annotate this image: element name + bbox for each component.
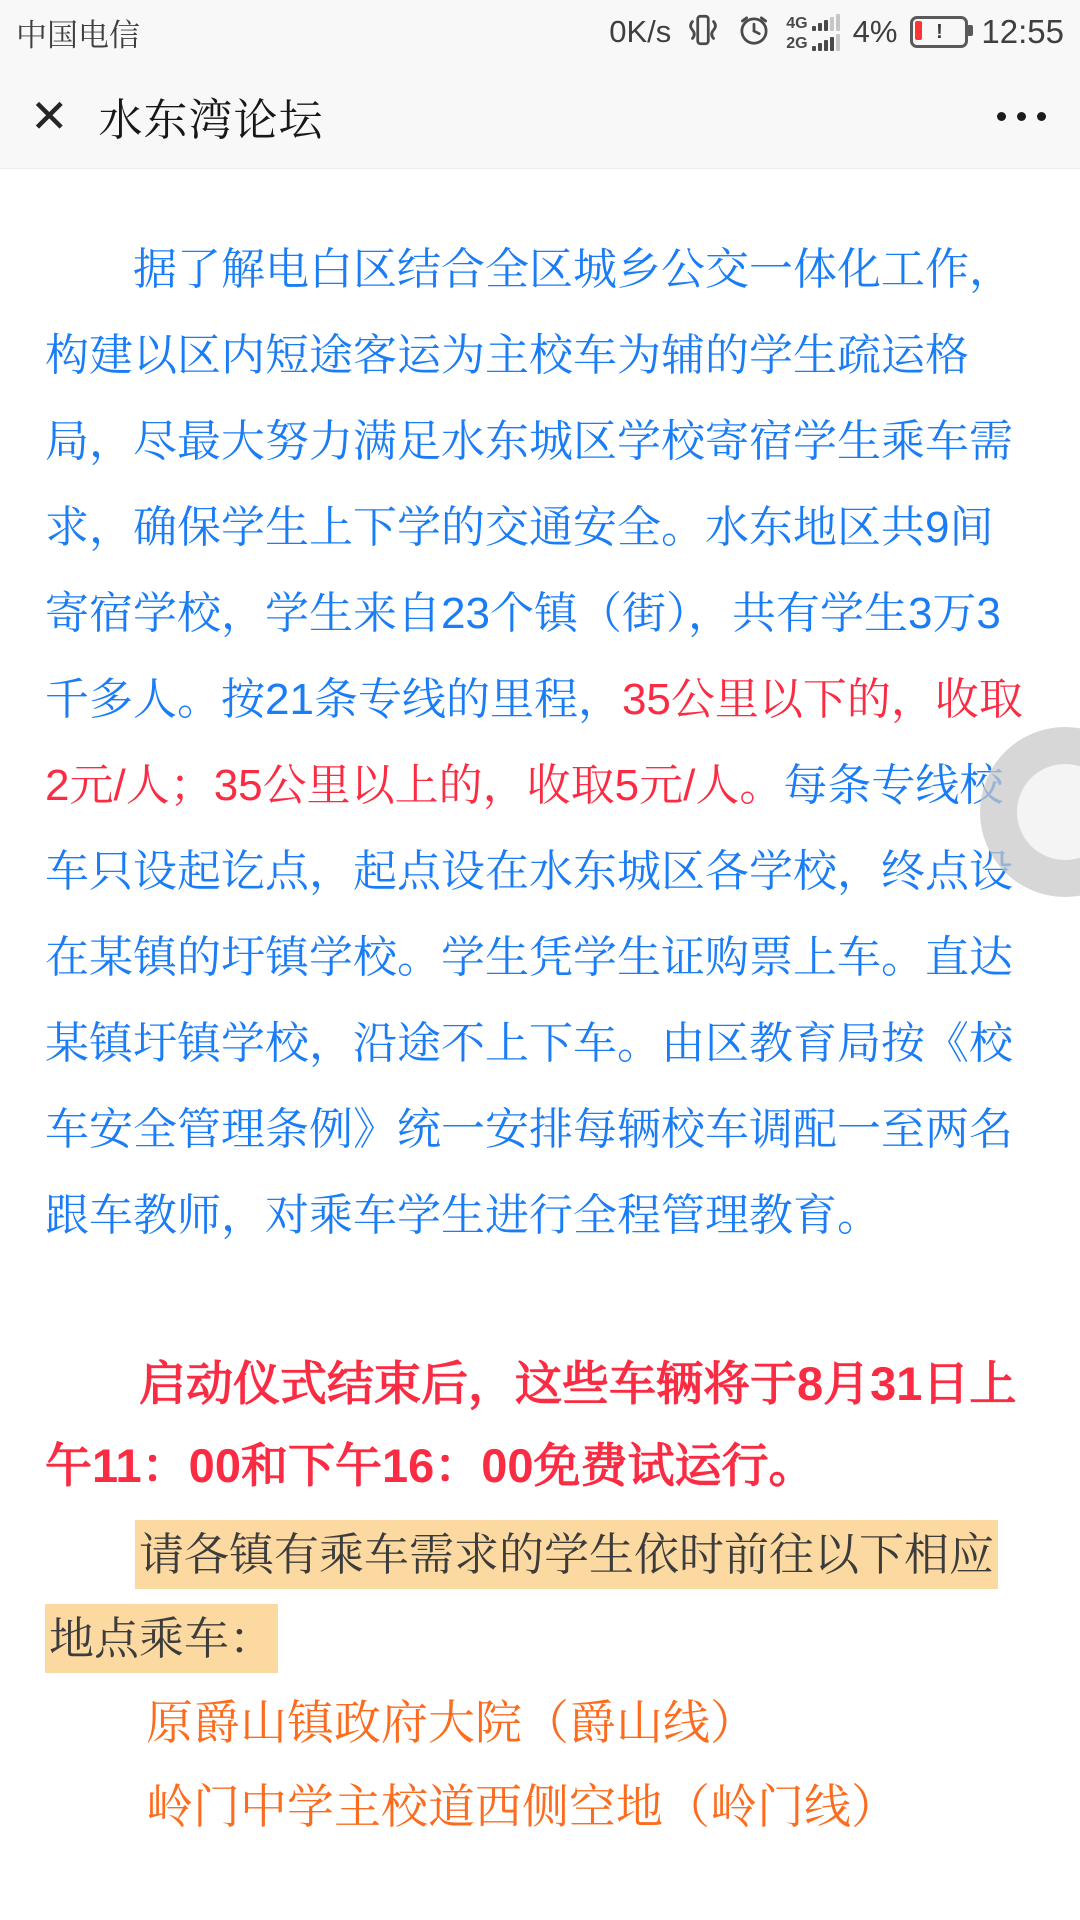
notice-paragraph: 请各镇有乘车需求的学生依时前往以下相应地点乘车： [45,1513,1035,1681]
pickup-location-line: 岭门中学主校道西侧空地（岭门线） [45,1765,1035,1849]
time-label: 12:55 [981,13,1064,51]
screen: 中国电信 0K/s [0,0,1080,1920]
intro-paragraph: 据了解电白区结合全区城乡公交一体化工作，构建以区内短途客运为主校车为辅的学生疏运… [45,227,1035,1259]
pickup-location-line: 原爵山镇政府大院（爵山线） [45,1681,1035,1765]
page-title: 水东湾论坛 [99,84,324,148]
nav-bar: ✕ 水东湾论坛 [0,64,1080,169]
status-bar-right: 0K/s 4G [609,11,1064,54]
intro-text-blue-a: 据了解电白区结合全区城乡公交一体化工作，构建以区内短途客运为主校车为辅的学生疏运… [45,245,1013,724]
vibrate-icon [684,11,722,54]
battery-level-sliver [915,21,922,40]
more-icon[interactable] [993,102,1050,131]
carrier-label: 中国电信 [16,10,140,55]
battery-alert-label: ! [936,22,943,42]
highlighted-notice-text: 请各镇有乘车需求的学生依时前往以下相应地点乘车： [45,1520,998,1673]
battery-icon: ! [910,16,968,48]
alarm-clock-icon [735,11,773,54]
status-bar: 中国电信 0K/s [0,0,1080,64]
intro-text-blue-b: 每条专线校车只设起讫点，起点设在水东城区各学校，终点设在某镇的圩镇学校。学生凭学… [45,761,1013,1240]
floating-ball-inner [1017,764,1080,860]
dual-sim-signal-icon: 4G 2G [786,14,839,51]
signal-2g-label: 2G [786,37,807,51]
battery-percent-label: 4% [853,14,898,50]
network-speed-label: 0K/s [609,14,671,50]
close-icon[interactable]: ✕ [30,93,69,139]
article: 据了解电白区结合全区城乡公交一体化工作，构建以区内短途客运为主校车为辅的学生疏运… [0,169,1080,1849]
signal-4g-label: 4G [786,17,807,31]
trial-run-paragraph: 启动仪式结束后，这些车辆将于8月31日上午11：00和下午16：00免费试运行。 [45,1343,1035,1507]
